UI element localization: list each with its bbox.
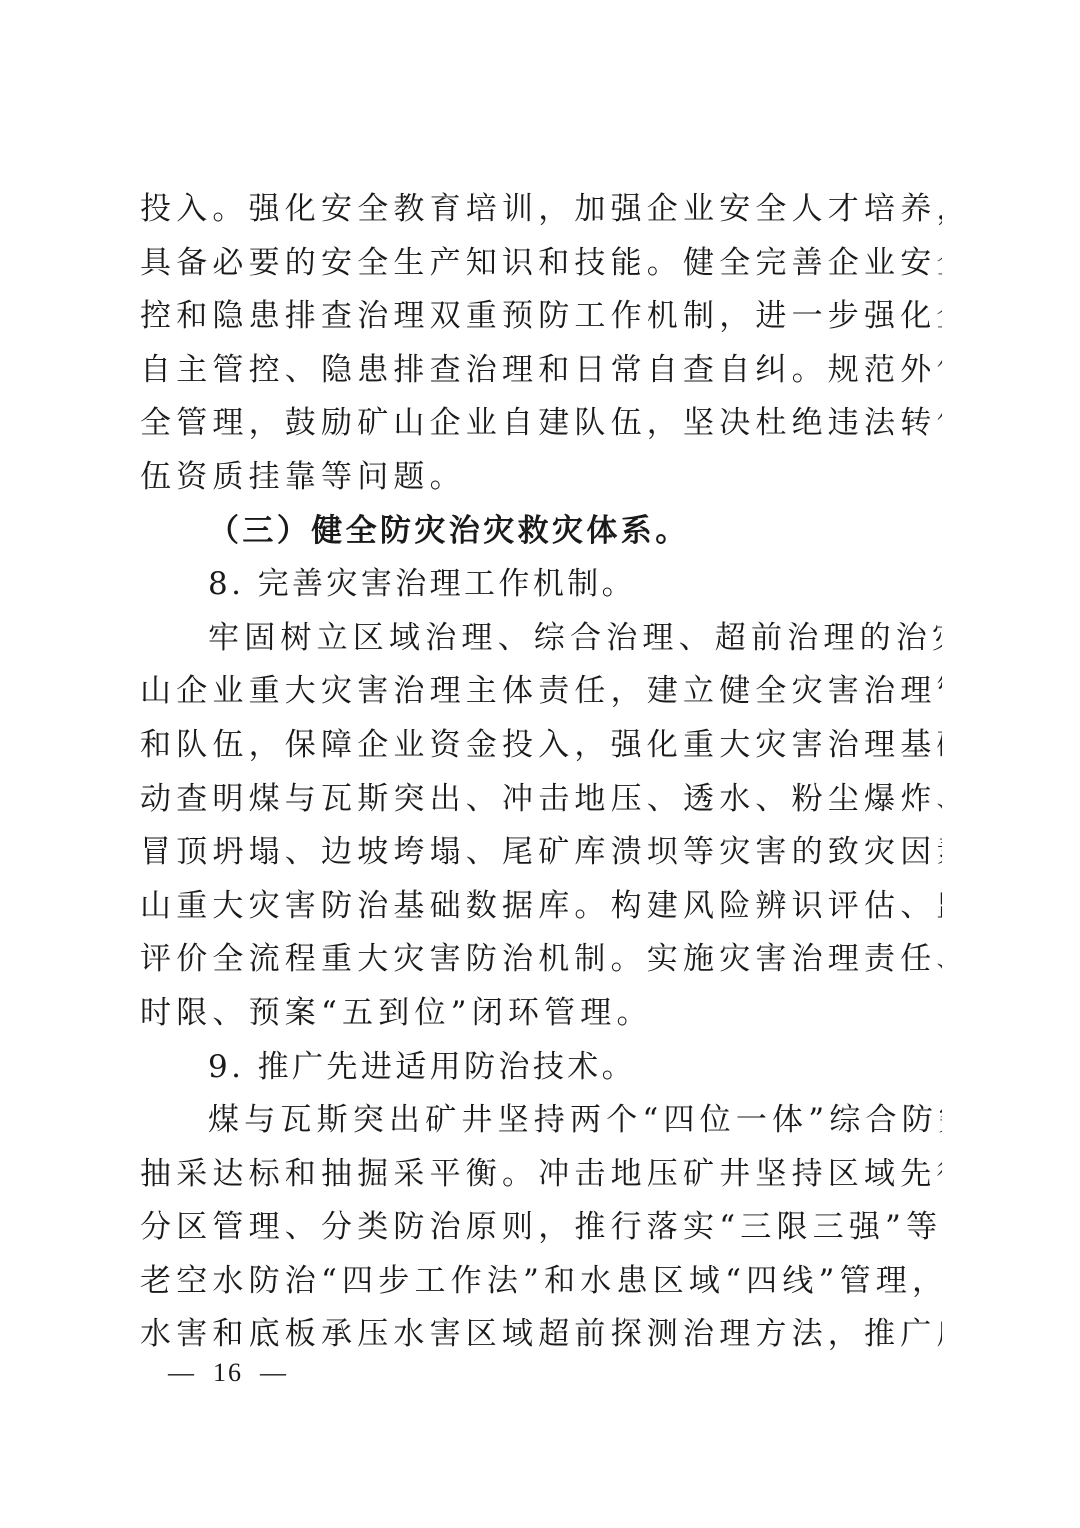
text-line: 山企业重大灾害治理主体责任，建立健全灾害治理管理制度、机构 [140,665,942,719]
item-heading-9: 9. 推广先进适用防治技术。 [140,1041,942,1095]
item-heading-8: 8. 完善灾害治理工作机制。 [140,558,942,612]
text-line: 控和隐患排查治理双重预防工作机制，进一步强化企业安全风险 [140,290,942,344]
text-line: 自主管控、隐患排查治理和日常自查自纠。规范外包施工队伍安 [140,344,942,398]
text-line: 动查明煤与瓦斯突出、冲击地压、透水、粉尘爆炸、中毒窒息、火灾、 [140,773,942,827]
text-line: 牢固树立区域治理、综合治理、超前治理的治灾理念。落实矿 [140,612,942,666]
text-line: 抽采达标和抽掘采平衡。冲击地压矿井坚持区域先行、局部跟进、 [140,1148,942,1202]
text-line: 伍资质挂靠等问题。 [140,451,942,505]
text-line: 分区管理、分类防治原则，推行落实“三限三强”等防冲措施。推行 [140,1201,942,1255]
document-page: 投入。强化安全教育培训，加强企业安全人才培养，保证从业人员 具备必要的安全生产知… [140,183,942,1362]
text-line: 和队伍，保障企业资金投入，强化重大灾害治理基础能力建设。推 [140,719,942,773]
text-line: 山重大灾害防治基础数据库。构建风险辨识评估、监测预警、治理 [140,880,942,934]
page-number: — 16 — [168,1358,288,1388]
text-line: 冒顶坍塌、边坡垮塌、尾矿库溃坝等灾害的致灾因素，逐步形成矿 [140,826,942,880]
text-line: 评价全流程重大灾害防治机制。实施灾害治理责任、工程、资金、 [140,933,942,987]
text-line: 水害和底板承压水害区域超前探测治理方法，推广应用承压水害 [140,1308,942,1362]
text-line: 煤与瓦斯突出矿井坚持两个“四位一体”综合防突措施，做到 [140,1094,942,1148]
text-line: 全管理，鼓励矿山企业自建队伍，坚决杜绝违法转包分包、外包队 [140,397,942,451]
text-line: 时限、预案“五到位”闭环管理。 [140,987,942,1041]
text-line: 老空水防治“四步工作法”和水患区域“四线”管理，推广顶板离层 [140,1255,942,1309]
text-line: 具备必要的安全生产知识和技能。健全完善企业安全风险分级管 [140,237,942,291]
text-line: 投入。强化安全教育培训，加强企业安全人才培养，保证从业人员 [140,183,942,237]
section-heading: （三）健全防灾治灾救灾体系。 [140,505,942,559]
